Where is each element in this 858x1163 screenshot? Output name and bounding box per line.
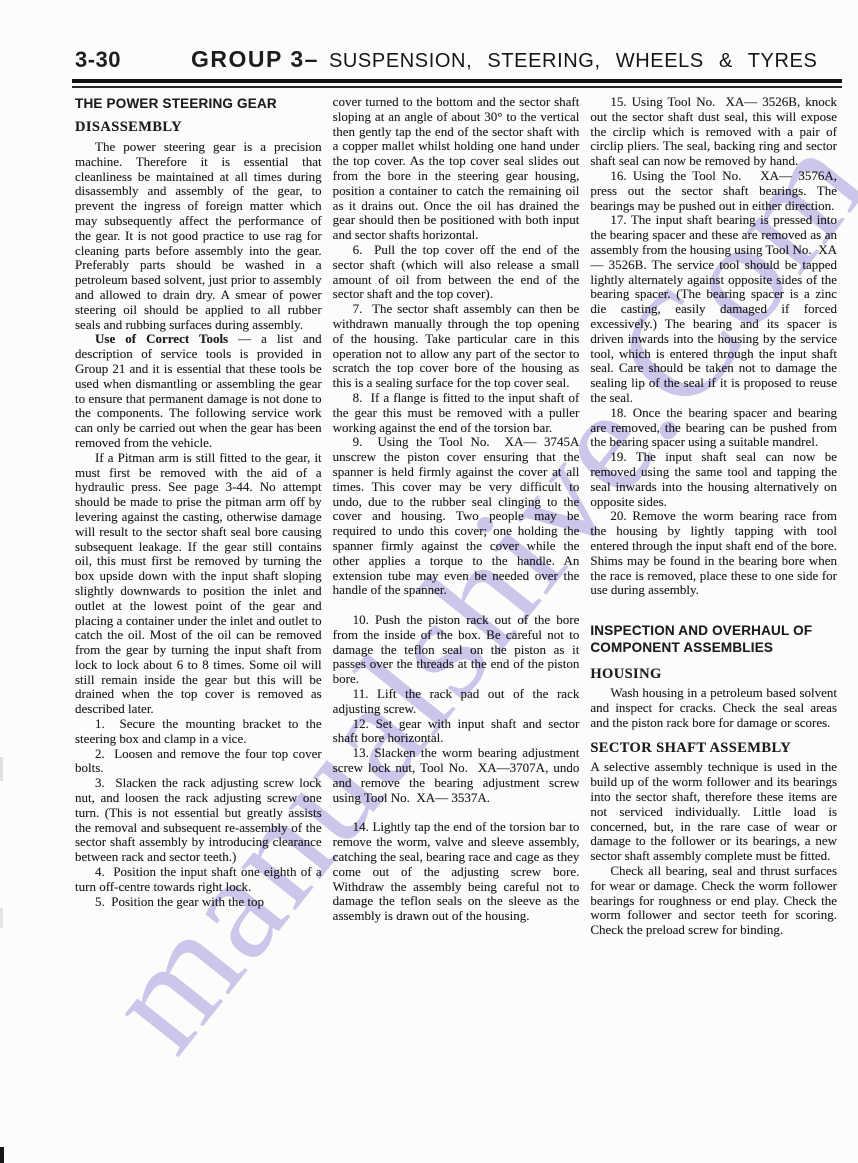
paragraph-correct-tools: Use of Correct Tools — a list and descri… <box>75 332 322 450</box>
correct-tools-lead: Use of Correct Tools <box>95 331 228 346</box>
header-rule-thick <box>72 79 842 83</box>
group-title: GROUP 3– <box>191 46 319 73</box>
paragraph-sector-1: A selective assembly technique is used i… <box>590 760 837 864</box>
step-19: 19. The input shaft seal can now be remo… <box>590 450 837 509</box>
manual-page: 3-30 GROUP 3– SUSPENSION, STEERING, WHEE… <box>0 0 858 1163</box>
correct-tools-rest: — a list and description of service tool… <box>75 331 322 450</box>
paragraph-intro: The power steering gear is a precision m… <box>75 140 322 332</box>
page-header: 3-30 GROUP 3– SUSPENSION, STEERING, WHEE… <box>75 46 820 73</box>
column-1: THE POWER STEERING GEAR DISASSEMBLY The … <box>75 95 322 938</box>
paragraph-housing: Wash housing in a petroleum based solven… <box>590 686 837 730</box>
paragraph-pitman: If a Pitman arm is still fitted to the g… <box>75 451 322 717</box>
step-16: 16. Using the Tool No. XA— 3576A, press … <box>590 169 837 213</box>
step-11: 11. Lift the rack pad out of the rack ad… <box>333 687 580 717</box>
step-17: 17. The input shaft bearing is pressed i… <box>590 213 837 405</box>
page-body: THE POWER STEERING GEAR DISASSEMBLY The … <box>75 95 837 938</box>
step-10: 10. Push the piston rack out of the bore… <box>333 613 580 687</box>
step-15: 15. Using Tool No. XA— 3526B, knock out … <box>590 95 837 169</box>
step-3: 3. Slacken the rack adjusting screw lock… <box>75 776 322 865</box>
step-14: 14. Lightly tap the end of the torsion b… <box>333 820 580 924</box>
housing-heading: HOUSING <box>590 666 837 682</box>
header-rule-thin <box>72 86 842 88</box>
section-title: SUSPENSION, STEERING, WHEELS & TYRES <box>329 50 817 73</box>
column-2: cover turned to the bottom and the secto… <box>333 95 580 938</box>
scan-artifact-bottom-left <box>0 1147 4 1163</box>
paragraph-sector-2: Check all bearing, seal and thrust surfa… <box>590 864 837 938</box>
paragraph-continuation: cover turned to the bottom and the secto… <box>333 95 580 243</box>
disassembly-heading: DISASSEMBLY <box>75 119 322 135</box>
step-13: 13. Slacken the worm bearing adjustment … <box>333 746 580 805</box>
step-20: 20. Remove the worm bearing race from th… <box>590 509 837 598</box>
inspection-heading: INSPECTION AND OVERHAUL OF COMPONENT ASS… <box>590 622 837 656</box>
step-8: 8. If a flange is fitted to the input sh… <box>333 391 580 435</box>
step-2: 2. Loosen and remove the four top cover … <box>75 747 322 777</box>
column-3: 15. Using Tool No. XA— 3526B, knock out … <box>590 95 837 938</box>
sector-shaft-heading: SECTOR SHAFT ASSEMBLY <box>590 740 837 756</box>
step-4: 4. Position the input shaft one eighth o… <box>75 865 322 895</box>
step-9: 9. Using the Tool No. XA— 3745A unscrew … <box>333 435 580 598</box>
scan-artifact-left-1 <box>0 757 3 781</box>
step-5: 5. Position the gear with the top <box>75 895 322 910</box>
step-6: 6. Pull the top cover off the end of the… <box>333 243 580 302</box>
scan-artifact-left-2 <box>0 908 3 928</box>
step-1: 1. Secure the mounting bracket to the st… <box>75 717 322 747</box>
step-7: 7. The sector shaft assembly can then be… <box>333 302 580 391</box>
step-12: 12. Set gear with input shaft and sector… <box>333 717 580 747</box>
article-title: THE POWER STEERING GEAR <box>75 95 322 112</box>
step-18: 18. Once the bearing spacer and bearing … <box>590 406 837 450</box>
page-number: 3-30 <box>75 47 121 73</box>
